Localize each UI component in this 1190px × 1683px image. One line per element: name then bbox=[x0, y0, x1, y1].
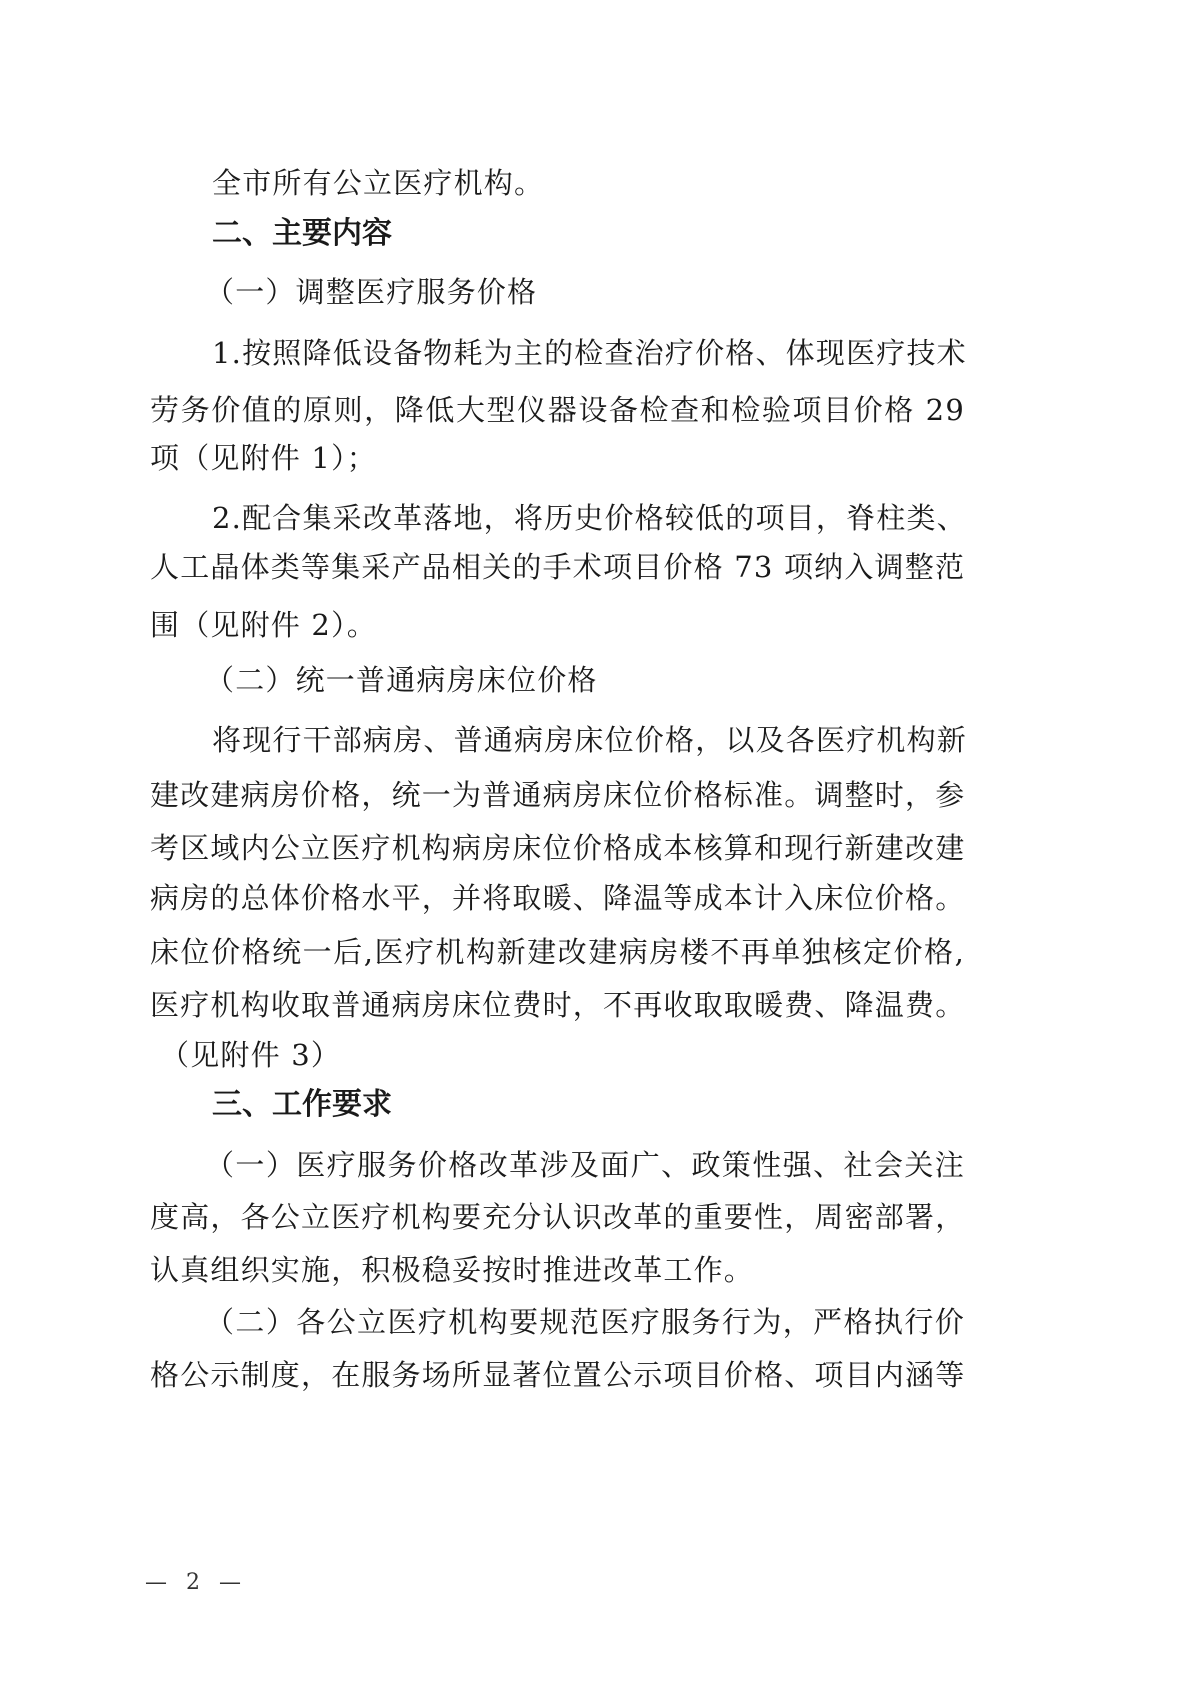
subsection-heading-adjust-prices: （一）调整医疗服务价格 bbox=[205, 274, 1020, 310]
page-number: — 2 — bbox=[145, 1570, 247, 1595]
paragraph-line: 床位价格统一后,医疗机构新建改建病房楼不再单独核定价格, bbox=[150, 934, 965, 970]
paragraph-line: 认真组织实施，积极稳妥按时推进改革工作。 bbox=[150, 1252, 965, 1288]
paragraph-line: 劳务价值的原则，降低大型仪器设备检查和检验项目价格 29 bbox=[150, 392, 965, 428]
section-heading-work-requirements: 三、工作要求 bbox=[212, 1087, 965, 1123]
paragraph-line: 围（见附件 2）。 bbox=[150, 607, 965, 643]
paragraph-line: 建改建病房价格，统一为普通病房床位价格标准。调整时，参 bbox=[150, 777, 965, 813]
paragraph-line: 格公示制度，在服务场所显著位置公示项目价格、项目内涵等 bbox=[150, 1357, 965, 1393]
subsection-heading-unify-bed-prices: （二）统一普通病房床位价格 bbox=[205, 662, 1020, 698]
paragraph-line: 项（见附件 1）； bbox=[150, 440, 965, 476]
paragraph-line: （见附件 3） bbox=[160, 1037, 975, 1073]
paragraph-line: 将现行干部病房、普通病房床位价格，以及各医疗机构新 bbox=[212, 722, 965, 758]
paragraph-line: 1.按照降低设备物耗为主的检查治疗价格、体现医疗技术 bbox=[212, 335, 965, 371]
paragraph-line: 医疗机构收取普通病房床位费时，不再收取取暖费、降温费。 bbox=[150, 987, 965, 1023]
section-heading-main-content: 二、主要内容 bbox=[212, 216, 965, 252]
paragraph-line: 人工晶体类等集采产品相关的手术项目价格 73 项纳入调整范 bbox=[150, 549, 965, 585]
paragraph-line: 考区域内公立医疗机构病房床位价格成本核算和现行新建改建 bbox=[150, 830, 965, 866]
paragraph-line: 度高，各公立医疗机构要充分认识改革的重要性，周密部署， bbox=[150, 1199, 965, 1235]
paragraph-line: 全市所有公立医疗机构。 bbox=[212, 165, 965, 201]
paragraph-line: 病房的总体价格水平，并将取暖、降温等成本计入床位价格。 bbox=[150, 880, 965, 916]
document-page: 全市所有公立医疗机构。 二、主要内容 （一）调整医疗服务价格 1.按照降低设备物… bbox=[0, 0, 1190, 1683]
paragraph-line: （一）医疗服务价格改革涉及面广、政策性强、社会关注 bbox=[205, 1147, 965, 1183]
paragraph-line: （二）各公立医疗机构要规范医疗服务行为，严格执行价 bbox=[205, 1304, 965, 1340]
paragraph-line: 2.配合集采改革落地，将历史价格较低的项目，脊柱类、 bbox=[212, 500, 965, 536]
